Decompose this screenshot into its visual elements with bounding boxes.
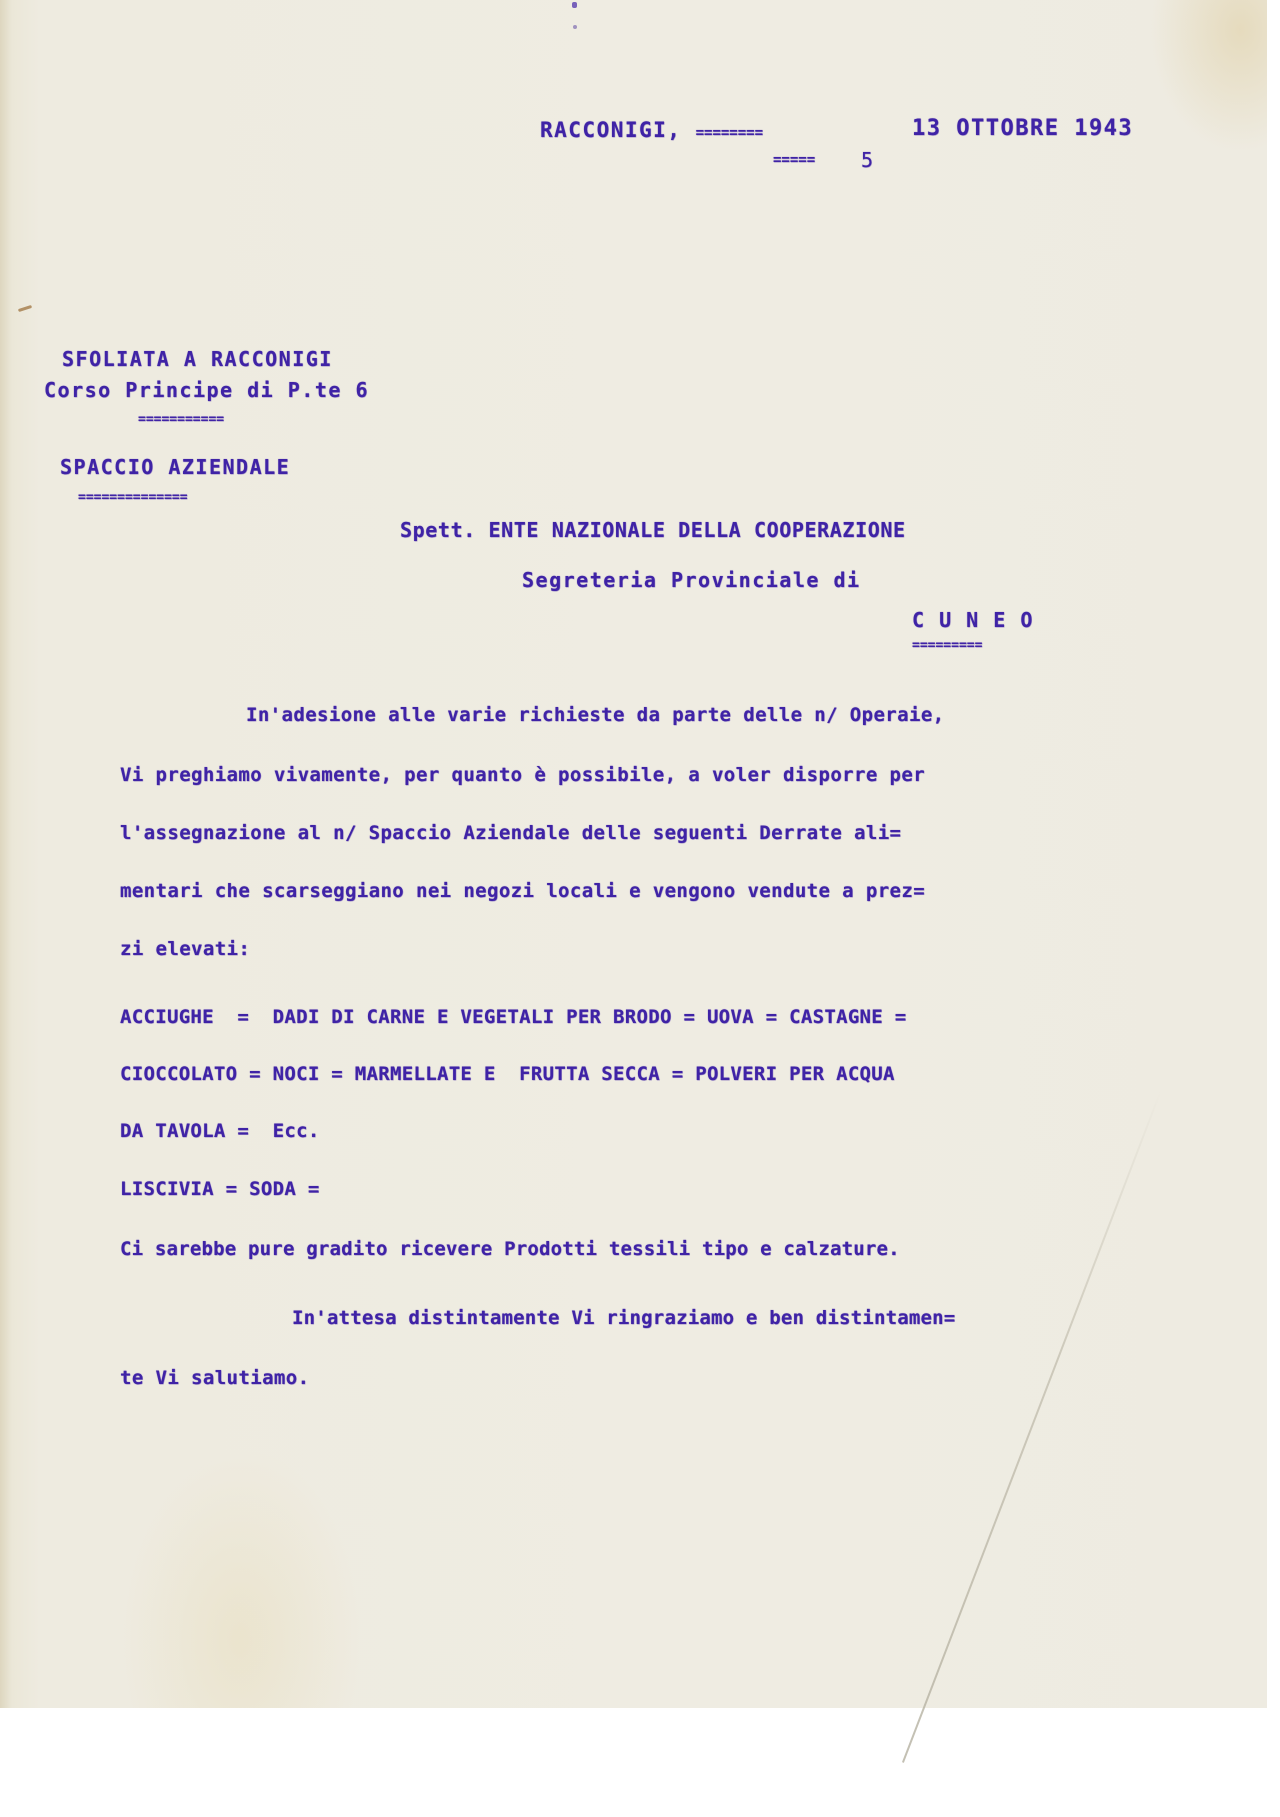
recipient-city-underline: ========= xyxy=(912,638,982,653)
items-line: CIOCCOLATO = NOCI = MARMELLATE E FRUTTA … xyxy=(120,1063,895,1085)
body-line: Ci sarebbe pure gradito ricevere Prodott… xyxy=(120,1238,900,1260)
letter-date: 13 OTTOBRE 1943 xyxy=(912,116,1133,141)
sender-address: Corso Principe di P.te 6 xyxy=(44,378,369,402)
items-line: DA TAVOLA = Ecc. xyxy=(120,1120,320,1142)
closing-line: te Vi salutiamo. xyxy=(120,1367,309,1389)
reference-underline: ===== xyxy=(773,152,815,168)
items-line: ACCIUGHE = DADI DI CARNE E VEGETALI PER … xyxy=(120,1006,907,1028)
paper-crease xyxy=(902,1090,1162,1763)
body-line: l'assegnazione al n/ Spaccio Aziendale d… xyxy=(120,822,901,844)
body-line: zi elevati: xyxy=(120,938,250,960)
recipient-department: Segreteria Provinciale di xyxy=(522,568,861,592)
recipient-city: C U N E O xyxy=(912,608,1034,632)
items-line: LISCIVIA = SODA = xyxy=(120,1178,320,1200)
place-underline: ======== xyxy=(696,125,763,141)
body-line: mentari che scarseggiano nei negozi loca… xyxy=(120,880,925,902)
sender-department-underline: ============== xyxy=(78,490,188,505)
recipient-name: Spett. ENTE NAZIONALE DELLA COOPERAZIONE xyxy=(400,518,906,542)
sender-address-underline: =========== xyxy=(138,412,224,427)
place-date-line: RACCONIGI, ======== xyxy=(540,118,763,142)
ink-mark xyxy=(573,25,577,29)
body-line: In'adesione alle varie richieste da part… xyxy=(246,704,945,726)
sender-department: SPACCIO AZIENDALE xyxy=(60,455,290,479)
place: RACCONIGI, xyxy=(540,118,681,142)
reference-number: 5 xyxy=(861,148,875,172)
letter-page: RACCONIGI, ======== 13 OTTOBRE 1943 ====… xyxy=(0,0,1267,1708)
sender-name: SFOLIATA A RACCONIGI xyxy=(62,347,333,371)
body-line: Vi preghiamo vivamente, per quanto è pos… xyxy=(120,764,925,786)
closing-line: In'attesa distintamente Vi ringraziamo e… xyxy=(292,1307,955,1329)
paper-stain xyxy=(18,305,32,312)
ink-mark xyxy=(572,2,577,8)
